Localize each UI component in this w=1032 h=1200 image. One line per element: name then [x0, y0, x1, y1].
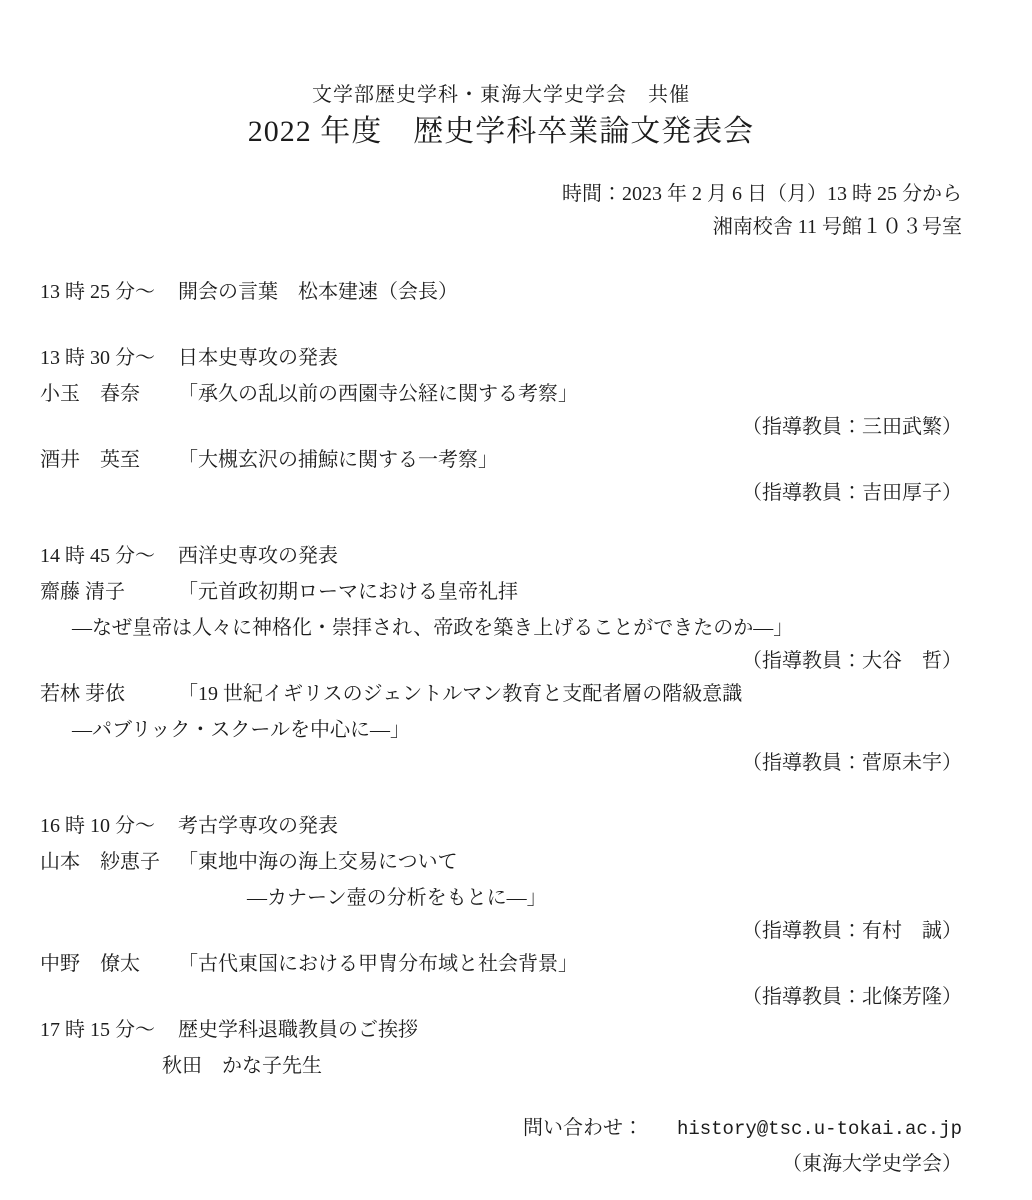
section-heading: 西洋史専攻の発表: [178, 545, 338, 567]
opening-time: 13 時 25 分～: [40, 274, 178, 310]
section-time: 16 時 10 分～: [40, 808, 178, 844]
thesis-title: 「大槻玄沢の捕鯨に関する一考察」: [178, 449, 498, 471]
event-cohost-subtitle: 文学部歴史学科・東海大学史学会 共催: [40, 80, 962, 110]
event-info-block: 時間：2023 年 2 月 6 日（月）13 時 25 分から 湘南校舎 11 …: [40, 178, 962, 244]
document-page: 文学部歴史学科・東海大学史学会 共催 2022 年度 歴史学科卒業論文発表会 時…: [0, 0, 1032, 1200]
contact-line: 問い合わせ：history@tsc.u-tokai.ac.jp: [40, 1110, 962, 1147]
section-time: 13 時 30 分～: [40, 340, 178, 376]
section-heading-line: 14 時 45 分～西洋史専攻の発表: [40, 538, 962, 574]
contact-label: 問い合わせ：: [523, 1117, 643, 1139]
section-archaeology: 16 時 10 分～考古学専攻の発表 山本 紗恵子「東地中海の海上交易について …: [40, 808, 962, 1012]
thesis-title: 「東地中海の海上交易について: [178, 851, 458, 873]
closing-block: 17 時 15 分～歴史学科退職教員のご挨拶 秋田 かな子先生: [40, 1012, 962, 1084]
contact-email: history@tsc.u-tokai.ac.jp: [677, 1118, 962, 1140]
event-datetime: 時間：2023 年 2 月 6 日（月）13 時 25 分から: [40, 178, 962, 211]
advisor-line: （指導教員：有村 誠）: [40, 916, 962, 946]
closing-line: 17 時 15 分～歴史学科退職教員のご挨拶: [40, 1012, 962, 1048]
advisor-line: （指導教員：三田武繁）: [40, 412, 962, 442]
section-heading: 考古学専攻の発表: [178, 815, 338, 837]
thesis-title: 「古代東国における甲冑分布域と社会背景」: [178, 953, 578, 975]
presenter-name: 中野 僚太: [40, 946, 178, 982]
closing-time: 17 時 15 分～: [40, 1012, 178, 1048]
footer: 問い合わせ：history@tsc.u-tokai.ac.jp （東海大学史学会…: [40, 1110, 962, 1181]
section-western-history: 14 時 45 分～西洋史専攻の発表 齋藤 清子「元首政初期ローマにおける皇帝礼…: [40, 538, 962, 778]
opening-line: 13 時 25 分～開会の言葉 松本建速（会長）: [40, 274, 962, 310]
talk-line: 若林 芽依「19 世紀イギリスのジェントルマン教育と支配者層の階級意識: [40, 676, 962, 712]
organization-name: （東海大学史学会）: [40, 1147, 962, 1181]
thesis-title: 「19 世紀イギリスのジェントルマン教育と支配者層の階級意識: [178, 683, 742, 705]
thesis-title-continuation: ―カナーン壺の分析をもとに―」: [40, 880, 962, 916]
thesis-title-continuation: ―なぜ皇帝は人々に神格化・崇拝され、帝政を築き上げることができたのか―」: [40, 610, 962, 646]
talk-line: 小玉 春奈「承久の乱以前の西園寺公経に関する考察」: [40, 376, 962, 412]
talk-line: 中野 僚太「古代東国における甲冑分布域と社会背景」: [40, 946, 962, 982]
event-title: 2022 年度 歴史学科卒業論文発表会: [40, 110, 962, 154]
thesis-title: 「承久の乱以前の西園寺公経に関する考察」: [178, 383, 578, 405]
presenter-name: 小玉 春奈: [40, 376, 178, 412]
section-heading: 日本史専攻の発表: [178, 347, 338, 369]
section-japanese-history: 13 時 30 分～日本史専攻の発表 小玉 春奈「承久の乱以前の西園寺公経に関す…: [40, 340, 962, 508]
advisor-line: （指導教員：北條芳隆）: [40, 982, 962, 1012]
advisor-line: （指導教員：菅原未宇）: [40, 748, 962, 778]
presenter-name: 酒井 英至: [40, 442, 178, 478]
talk-line: 酒井 英至「大槻玄沢の捕鯨に関する一考察」: [40, 442, 962, 478]
closing-label: 歴史学科退職教員のご挨拶: [178, 1019, 418, 1041]
presenter-name: 若林 芽依: [40, 676, 178, 712]
talk-line: 山本 紗恵子「東地中海の海上交易について: [40, 844, 962, 880]
talk-line: 齋藤 清子「元首政初期ローマにおける皇帝礼拝: [40, 574, 962, 610]
presenter-name: 山本 紗恵子: [40, 844, 178, 880]
advisor-line: （指導教員：吉田厚子）: [40, 478, 962, 508]
event-venue: 湘南校舎 11 号館１０３号室: [40, 211, 962, 244]
closing-speaker: 秋田 かな子先生: [40, 1048, 962, 1084]
presenter-name: 齋藤 清子: [40, 574, 178, 610]
section-time: 14 時 45 分～: [40, 538, 178, 574]
thesis-title-continuation: ―パブリック・スクールを中心に―」: [40, 712, 962, 748]
thesis-title: 「元首政初期ローマにおける皇帝礼拝: [178, 581, 518, 603]
opening-label: 開会の言葉 松本建速（会長）: [178, 281, 458, 303]
advisor-line: （指導教員：大谷 哲）: [40, 646, 962, 676]
section-heading-line: 16 時 10 分～考古学専攻の発表: [40, 808, 962, 844]
section-heading-line: 13 時 30 分～日本史専攻の発表: [40, 340, 962, 376]
